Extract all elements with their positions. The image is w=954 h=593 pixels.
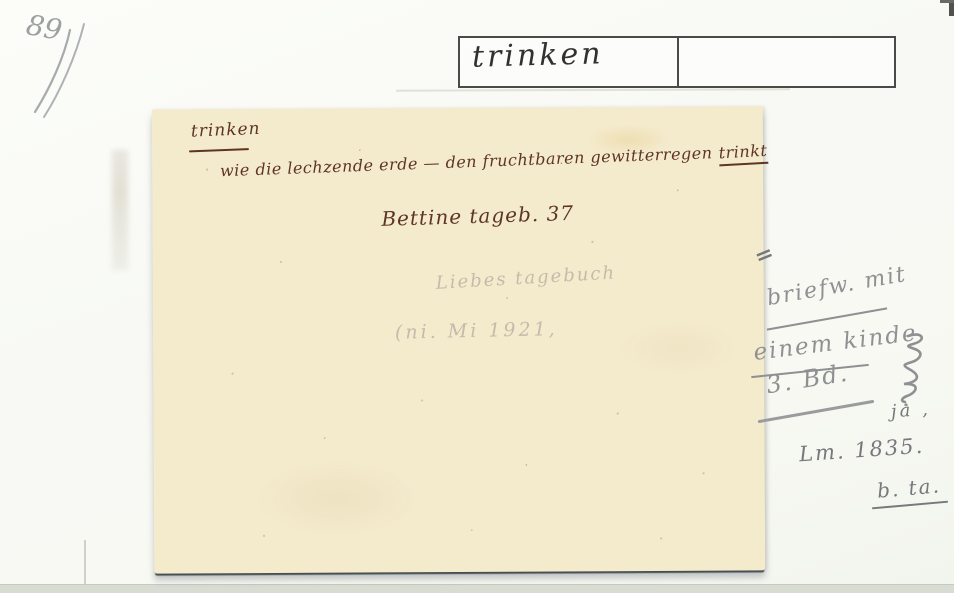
citation-handwriting: Bettine tageb. 37 bbox=[381, 201, 574, 231]
quotation-line: wie die lechzende erde — den fruchtbaren… bbox=[220, 141, 768, 184]
margin-note-ja: ja , bbox=[890, 399, 931, 423]
sheet-edge-line bbox=[84, 540, 86, 585]
scan-bottom-strip bbox=[0, 584, 954, 593]
paper-smudge bbox=[112, 150, 128, 270]
quotation-text: wie die lechzende erde — den fruchtbaren… bbox=[220, 143, 713, 180]
margin-underline-stroke bbox=[758, 400, 875, 423]
header-keyword-handwriting: trinken bbox=[472, 36, 604, 74]
dictionary-slip-card: trinken wie die lechzende erde — den fru… bbox=[152, 106, 765, 573]
margin-note-band: 3. Bd. bbox=[764, 359, 851, 400]
margin-note-year-1835: Lm. 1835. bbox=[798, 434, 925, 467]
faint-pencil-note-2: (ni. Mi 1921, bbox=[395, 318, 558, 344]
margin-note-briefw-mit: briefw. mit bbox=[765, 262, 909, 311]
scribble-stroke bbox=[902, 335, 922, 402]
margin-note-initials: b. ta. bbox=[876, 473, 942, 502]
header-box-empty-cell bbox=[679, 38, 894, 86]
header-box-keyword-cell: trinken bbox=[460, 38, 679, 86]
keyword-underline-stroke bbox=[189, 148, 249, 152]
card-keyword-handwriting: trinken bbox=[191, 119, 261, 142]
scanned-archive-sheet: 89 trinken trinken wie die lechzende erd… bbox=[0, 0, 954, 593]
faint-pencil-note-1: Liebes tagebuch bbox=[435, 262, 616, 293]
page-number-text: 89 bbox=[24, 8, 65, 47]
pencil-page-number: 89 bbox=[18, 4, 118, 134]
backing-sheet-edge bbox=[396, 88, 790, 91]
scan-corner-artifact bbox=[940, 0, 954, 3]
header-index-box: trinken bbox=[458, 36, 896, 88]
quotation-emphasis-underlined: trinkt bbox=[718, 141, 768, 167]
pencil-scribble-crossout bbox=[882, 332, 932, 406]
